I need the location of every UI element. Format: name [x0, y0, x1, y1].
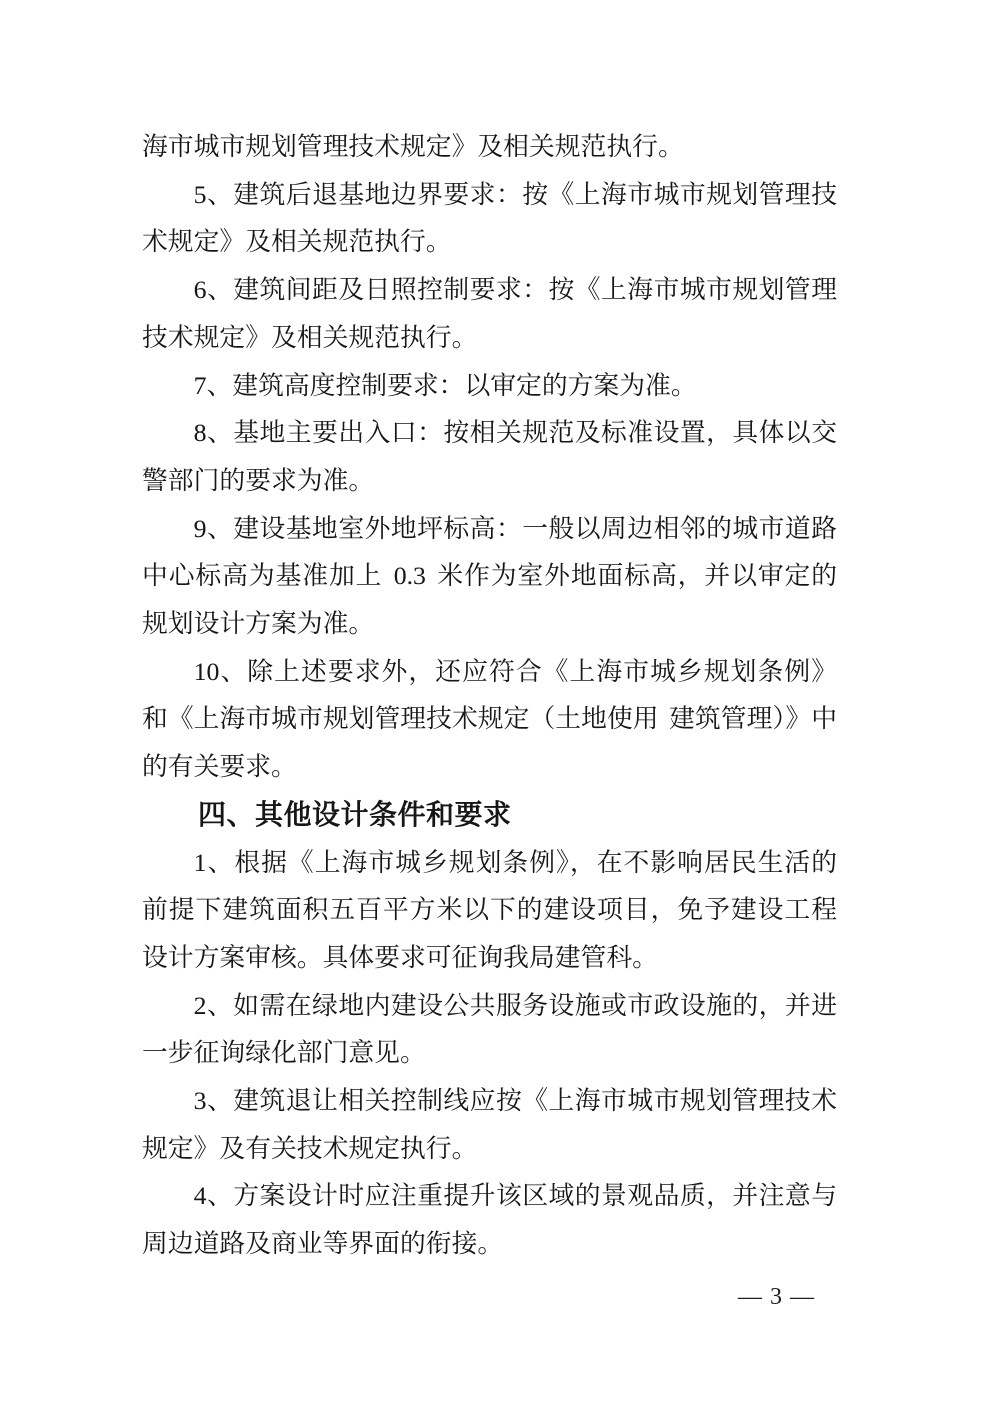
paragraph-item-6: 6、建筑间距及日照控制要求：按《上海市城市规划管理技术规定》及相关规范执行。: [142, 266, 837, 361]
paragraph-other-4: 4、方案设计时应注重提升该区域的景观品质，并注意与周边道路及商业等界面的衔接。: [142, 1172, 837, 1267]
paragraph-continuation: 海市城市规划管理技术规定》及相关规范执行。: [142, 123, 837, 171]
document-body: 海市城市规划管理技术规定》及相关规范执行。 5、建筑后退基地边界要求：按《上海市…: [142, 123, 837, 1268]
paragraph-item-10: 10、除上述要求外，还应符合《上海市城乡规划条例》和《上海市城市规划管理技术规定…: [142, 648, 837, 791]
paragraph-item-9: 9、建设基地室外地坪标高：一般以周边相邻的城市道路中心标高为基准加上 0.3 米…: [142, 505, 837, 648]
paragraph-item-8: 8、基地主要出入口：按相关规范及标准设置，具体以交警部门的要求为准。: [142, 409, 837, 504]
page-number: — 3 —: [0, 1283, 815, 1311]
paragraph-other-3: 3、建筑退让相关控制线应按《上海市城市规划管理技术规定》及有关技术规定执行。: [142, 1077, 837, 1172]
paragraph-other-2: 2、如需在绿地内建设公共服务设施或市政设施的，并进一步征询绿化部门意见。: [142, 982, 837, 1077]
paragraph-item-7: 7、建筑高度控制要求：以审定的方案为准。: [142, 362, 837, 410]
paragraph-other-1: 1、根据《上海市城乡规划条例》，在不影响居民生活的前提下建筑面积五百平方米以下的…: [142, 839, 837, 982]
paragraph-item-5: 5、建筑后退基地边界要求：按《上海市城市规划管理技术规定》及相关规范执行。: [142, 171, 837, 266]
document-page: 海市城市规划管理技术规定》及相关规范执行。 5、建筑后退基地边界要求：按《上海市…: [0, 0, 992, 1403]
section-heading-4: 四、其他设计条件和要求: [142, 791, 837, 839]
